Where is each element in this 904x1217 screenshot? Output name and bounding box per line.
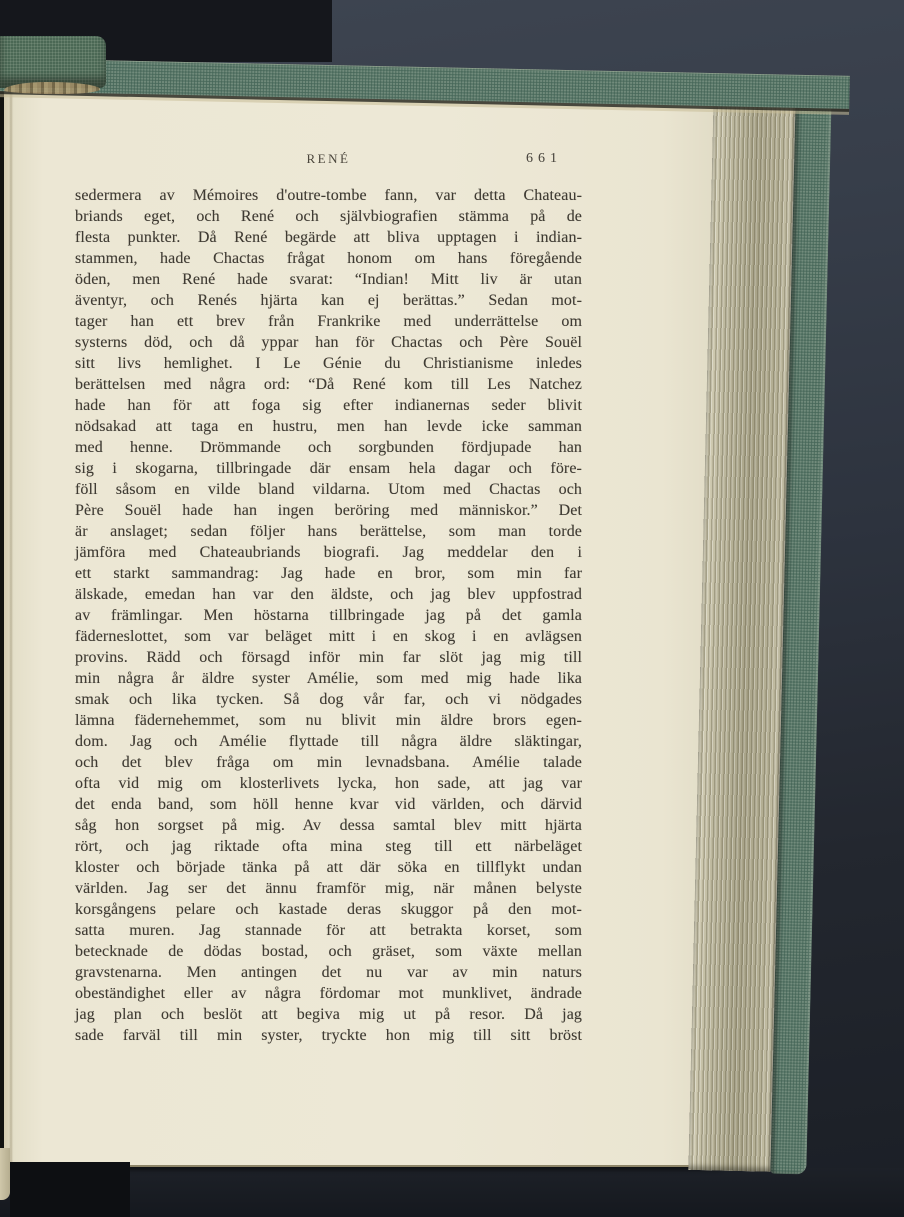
text-line: ett starkt sammandrag: Jag hade en bror,… bbox=[75, 563, 582, 584]
page-header: RENÉ 661 bbox=[75, 151, 582, 173]
text-line: är anslaget; sedan följer hans berättels… bbox=[75, 521, 582, 542]
text-line: fäderneslottet, som var beläget mitt i e… bbox=[75, 626, 582, 647]
text-line: öden, men René hade svarat: “Indian! Mit… bbox=[75, 269, 582, 290]
text-line: stammen, hade Chactas frågat honom om ha… bbox=[75, 248, 582, 269]
text-line: nödsakad att taga en hustru, men han lev… bbox=[75, 416, 582, 437]
text-line: gravstenarna. Men antingen det nu var av… bbox=[75, 962, 582, 983]
text-line: det enda band, som höll henne kvar vid v… bbox=[75, 794, 582, 815]
text-line: smak och lika tycken. Så dog vår far, oc… bbox=[75, 689, 582, 710]
text-line: briands eget, och René och självbiografi… bbox=[75, 206, 582, 227]
gutter-crease bbox=[9, 89, 13, 1165]
text-line: flesta punkter. Då René begärde att bliv… bbox=[75, 227, 582, 248]
text-line: sedermera av Mémoires d'outre-tombe fann… bbox=[75, 185, 582, 206]
page-body: sedermera av Mémoires d'outre-tombe fann… bbox=[75, 185, 582, 1046]
spine-headband bbox=[0, 36, 106, 88]
background-bottom-shadow bbox=[0, 1168, 904, 1217]
book-page: RENÉ 661 sedermera av Mémoires d'outre-t… bbox=[0, 88, 720, 1167]
frayed-cloth-corner bbox=[4, 82, 100, 94]
text-line: sitt livs hemlighet. I Le Génie du Chris… bbox=[75, 353, 582, 374]
running-title: RENÉ bbox=[75, 151, 582, 167]
text-line: tager han ett brev från Frankrike med un… bbox=[75, 311, 582, 332]
text-line: med henne. Drömmande och sorgbunden förd… bbox=[75, 437, 582, 458]
book-scan-photo: RENÉ 661 sedermera av Mémoires d'outre-t… bbox=[0, 0, 904, 1217]
text-line: jag plan och beslöt att begiva mig ut på… bbox=[75, 1004, 582, 1025]
text-line: korsgångens pelare och kastade deras sku… bbox=[75, 899, 582, 920]
text-line: föll såsom en vilde bland vildarna. Utom… bbox=[75, 479, 582, 500]
page-number: 661 bbox=[526, 151, 562, 167]
text-line: kloster och började tänka på att där sök… bbox=[75, 857, 582, 878]
text-line: berättelsen med några ord: “Då René kom … bbox=[75, 374, 582, 395]
text-line: dom. Jag och Amélie flyttade till några … bbox=[75, 731, 582, 752]
bottom-shadow-patch bbox=[10, 1162, 130, 1217]
text-line: obeständighet eller av några fördomar mo… bbox=[75, 983, 582, 1004]
text-block: RENÉ 661 sedermera av Mémoires d'outre-t… bbox=[75, 151, 582, 1046]
text-line: systerns död, och då yppar han för Chact… bbox=[75, 332, 582, 353]
text-line: äventyr, och Renés hjärta kan ej berätta… bbox=[75, 290, 582, 311]
text-line: satta muren. Jag stannade för att betrak… bbox=[75, 920, 582, 941]
text-line: min några år äldre syster Amélie, som me… bbox=[75, 668, 582, 689]
text-line: lämna fädernehemmet, som nu blivit min ä… bbox=[75, 710, 582, 731]
text-line: världen. Jag ser det ännu framför mig, n… bbox=[75, 878, 582, 899]
text-line: såg hon sorgset på mig. Av dessa samtal … bbox=[75, 815, 582, 836]
text-line: ofta vid mig om klosterlivets lycka, hon… bbox=[75, 773, 582, 794]
text-line: sig i skogarna, tillbringade där ensam h… bbox=[75, 458, 582, 479]
text-line: provins. Rädd och försagd inför min far … bbox=[75, 647, 582, 668]
text-line: sade farväl till min syster, tryckte hon… bbox=[75, 1025, 582, 1046]
text-line: hade han för att foga sig efter indianer… bbox=[75, 395, 582, 416]
text-line: jämföra med Chateaubriands biografi. Jag… bbox=[75, 542, 582, 563]
text-line: av främlingar. Men höstarna tillbringade… bbox=[75, 605, 582, 626]
text-line: älskade, emedan han var den äldste, och … bbox=[75, 584, 582, 605]
text-line: rört, och jag riktade ofta mina steg til… bbox=[75, 836, 582, 857]
text-line: betecknade de dödas bostad, och gräset, … bbox=[75, 941, 582, 962]
text-line: och det blev fråga om min levnadsbana. A… bbox=[75, 752, 582, 773]
text-line: Père Souël hade han ingen beröring med m… bbox=[75, 500, 582, 521]
page-bottom-curl bbox=[0, 1148, 10, 1200]
